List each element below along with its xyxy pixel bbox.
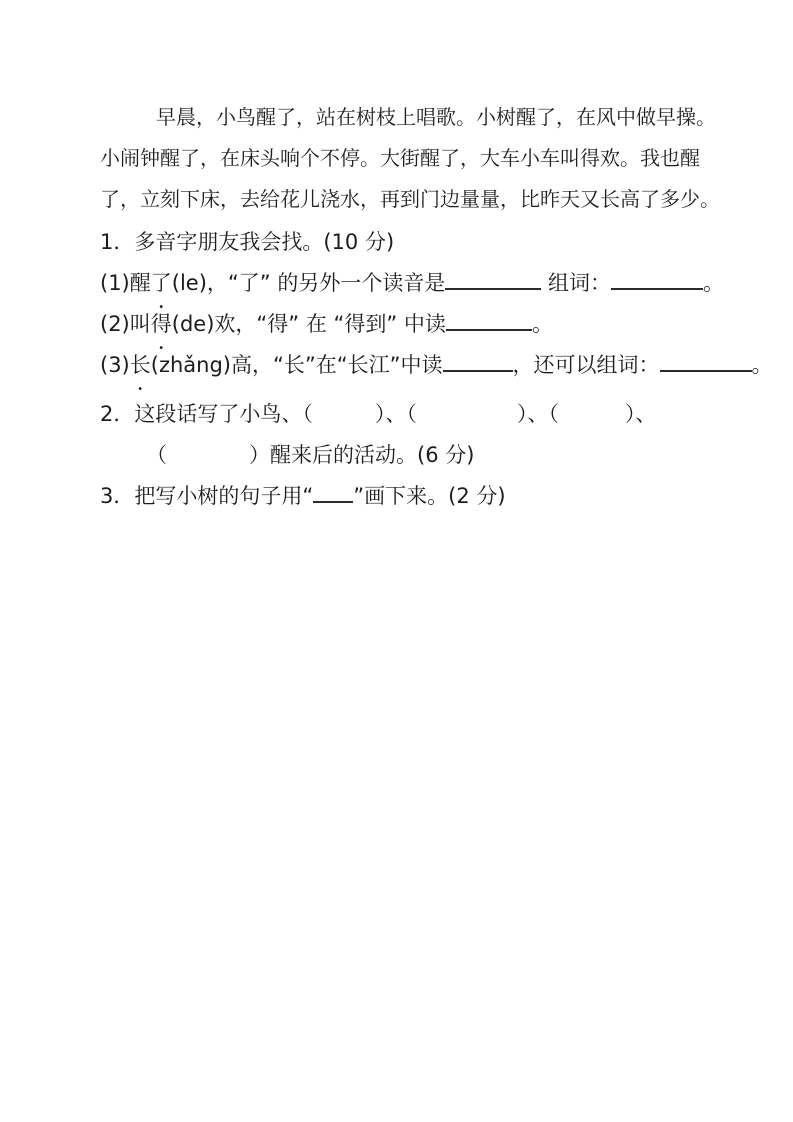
question-text: ”画下来。(2 分): [353, 484, 505, 508]
passage: 早晨，小鸟醒了，站在树枝上唱歌。小树醒了，在风中做早操。小闹钟醒了，在床头响个不…: [100, 97, 689, 220]
question-text: (le)，“了” 的另外一个读音是: [172, 271, 446, 295]
question-line-q1-sub1: (1)醒了(le)，“了” 的另外一个读音是 组词：。: [100, 263, 689, 304]
question-line-q3: 3．把写小树的句子用“”画下来。(2 分): [100, 476, 689, 517]
question-line-q1-sub3: (3)长(zhǎng)高，“长”在“长江”中读，还可以组词：。: [100, 345, 689, 386]
question-text: (3): [100, 353, 130, 377]
passage-line: 早晨，小鸟醒了，站在树枝上唱歌。小树醒了，在风中做早操。: [100, 97, 689, 138]
question-text: 。: [752, 353, 773, 377]
question-text: 3．把写小树的句子用“: [100, 484, 313, 508]
answer-blank: [446, 313, 532, 331]
question-line-q1-sub2: (2)叫得(de)欢，“得” 在 “得到” 中读。: [100, 304, 689, 345]
emphasized-char: 了: [151, 263, 172, 304]
answer-blank: [443, 354, 513, 372]
passage-line: 了，立刻下床，去给花儿浇水，再到门边量量，比昨天又长高了多少。: [100, 179, 689, 220]
answer-blank: [313, 485, 353, 503]
question-text: ）、（: [375, 402, 417, 426]
question-text: (1)醒: [100, 271, 151, 295]
question-text: 2．这段话写了小鸟、（: [100, 402, 313, 426]
question-text: 1．多音字朋友我会找。(10 分): [100, 230, 394, 254]
question-text: 。: [703, 271, 724, 295]
question-text: (zhǎng)高，“长”在“长江”中读: [151, 353, 443, 377]
answer-blank: [660, 354, 752, 372]
question-text: (de)欢，“得” 在 “得到” 中读: [172, 312, 446, 336]
question-text: 组词：: [541, 271, 611, 295]
question-line-q2: 2．这段话写了小鸟、（）、（）、（）、: [100, 394, 689, 435]
answer-blank: [611, 272, 703, 290]
question-text: （: [146, 443, 167, 467]
question-list: 1．多音字朋友我会找。(10 分)(1)醒了(le)，“了” 的另外一个读音是 …: [100, 222, 689, 517]
question-text: ）、: [625, 402, 657, 426]
emphasized-char: 得: [151, 304, 172, 345]
worksheet-page: 早晨，小鸟醒了，站在树枝上唱歌。小树醒了，在风中做早操。小闹钟醒了，在床头响个不…: [0, 0, 793, 1122]
emphasized-char: 长: [130, 345, 151, 386]
question-text: ，还可以组词：: [513, 353, 660, 377]
question-text: ）醒来后的活动。(6 分): [249, 443, 474, 467]
passage-line: 小闹钟醒了，在床头响个不停。大街醒了，大车小车叫得欢。我也醒: [100, 138, 689, 179]
question-line-q1: 1．多音字朋友我会找。(10 分): [100, 222, 689, 263]
worksheet-content: 早晨，小鸟醒了，站在树枝上唱歌。小树醒了，在风中做早操。小闹钟醒了，在床头响个不…: [100, 97, 689, 517]
question-text: (2)叫: [100, 312, 151, 336]
question-text: 。: [532, 312, 553, 336]
answer-blank: [445, 272, 541, 290]
question-line-q2-cont: （）醒来后的活动。(6 分): [100, 435, 689, 476]
question-text: ）、（: [517, 402, 559, 426]
